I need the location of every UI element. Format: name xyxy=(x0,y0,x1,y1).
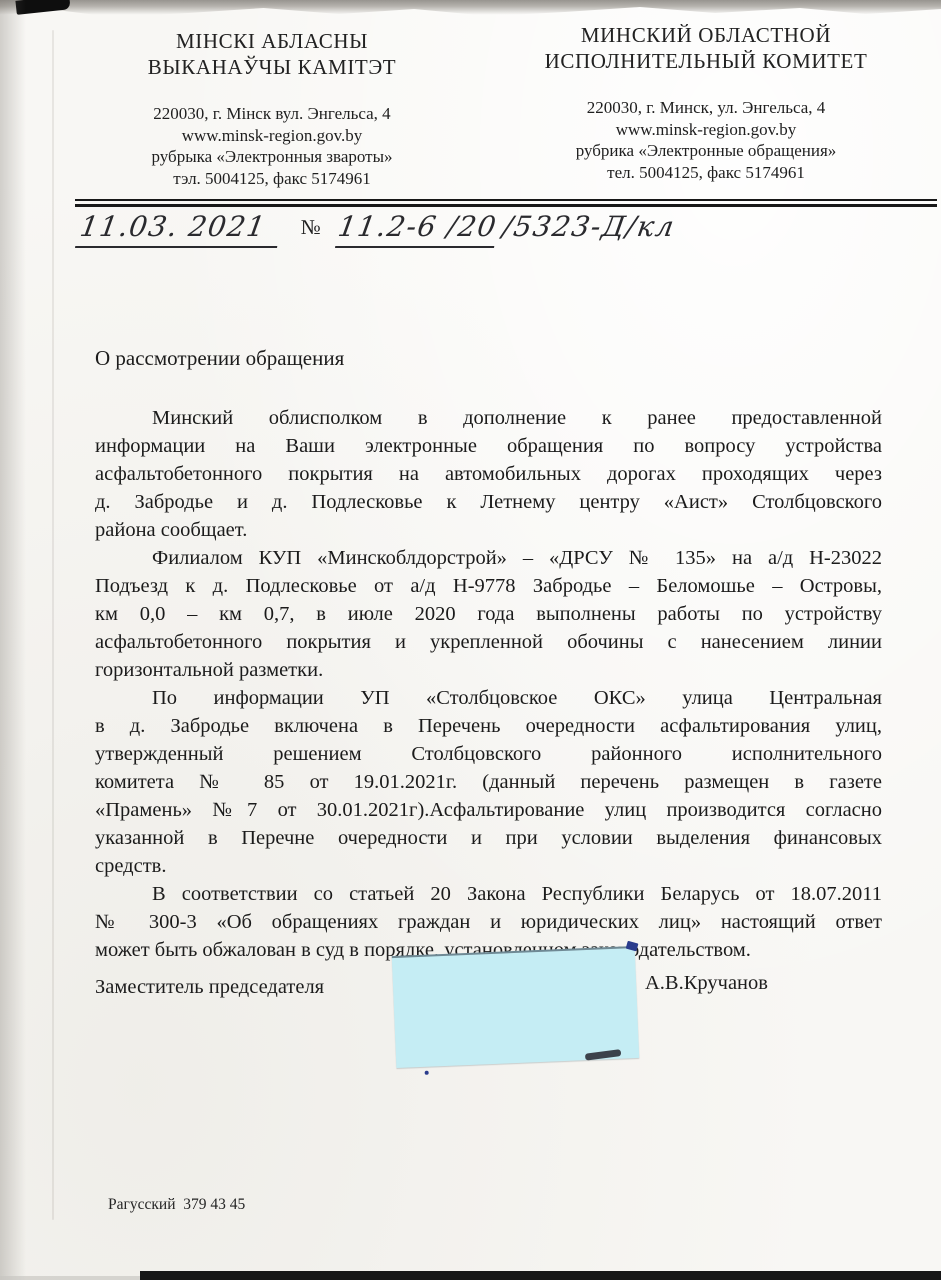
body-line: Минский облисполком в дополнение к ранее… xyxy=(95,404,882,432)
scan-bottom-edge-artifact xyxy=(140,1271,941,1280)
body-line: По информации УП «Столбцовское ОКС» улиц… xyxy=(95,684,882,712)
body-line: средств. xyxy=(95,852,882,880)
number-sign: № xyxy=(301,215,321,240)
letterhead-divider-rule xyxy=(75,199,937,207)
handwritten-number-rest: /5323-Д/кл xyxy=(501,210,678,243)
handwritten-date: 11.03. 2021 xyxy=(75,210,283,248)
org-name-by-line1: МІНСКІ АБЛАСНЫ xyxy=(92,28,452,54)
signature-redaction-box xyxy=(392,946,639,1068)
body-line: указанной в Перечне очередности и при ус… xyxy=(95,824,882,852)
org-rubric-ru: рубрика «Электронные обращения» xyxy=(488,140,924,162)
org-website-by: www.minsk-region.gov.by xyxy=(92,125,452,147)
org-name-ru-line1: МИНСКИЙ ОБЛАСТНОЙ xyxy=(488,22,924,48)
handwritten-number-underlined: 11.2-6 /20 xyxy=(335,210,500,248)
scan-left-streak xyxy=(52,30,54,1220)
org-name-by: МІНСКІ АБЛАСНЫ ВЫКАНАЎЧЫ КАМІТЭТ xyxy=(92,28,452,80)
org-rubric-by: рубрыка «Электронныя звароты» xyxy=(92,146,452,168)
body-line: горизонтальной разметки. xyxy=(95,656,882,684)
body-line: № 300-3 «Об обращениях граждан и юридиче… xyxy=(95,908,882,936)
subject-line: О рассмотрении обращения xyxy=(95,346,344,371)
ink-smudge-bottom xyxy=(585,1049,622,1061)
org-phone-ru: тел. 5004125, факс 5174961 xyxy=(488,162,924,184)
scanned-letter-page: МІНСКІ АБЛАСНЫ ВЫКАНАЎЧЫ КАМІТЭТ 220030,… xyxy=(0,0,941,1280)
body-line: комитета № 85 от 19.01.2021г. (данный пе… xyxy=(95,768,882,796)
org-name-by-line2: ВЫКАНАЎЧЫ КАМІТЭТ xyxy=(92,54,452,80)
org-name-ru-line2: ИСПОЛНИТЕЛЬНЫЙ КОМИТЕТ xyxy=(488,48,924,74)
body-line: асфальтобетонного покрытия на автомобиль… xyxy=(95,460,882,488)
body-line: утвержденный решением Столбцовского райо… xyxy=(95,740,882,768)
ink-mark-top-right xyxy=(626,941,639,952)
scan-bottom-edge-left xyxy=(0,1276,142,1280)
body-line: в д. Забродье включена в Перечень очеред… xyxy=(95,712,882,740)
reference-line: 11.03. 2021 № 11.2-6 /20 /5323-Д/кл xyxy=(78,210,675,248)
org-address-by-street: 220030, г. Мінск вул. Энгельса, 4 xyxy=(92,103,452,125)
signature-name: А.В.Кручанов xyxy=(645,972,768,995)
body-line: Подъезд к д. Подлесковье от а/д Н-9778 З… xyxy=(95,572,882,600)
body-line: Филиалом КУП «Минскоблдорстрой» – «ДРСУ … xyxy=(95,544,882,572)
body-line: В соответствии со статьей 20 Закона Респ… xyxy=(95,880,882,908)
org-address-ru: 220030, г. Минск, ул. Энгельса, 4 www.mi… xyxy=(488,97,924,183)
org-website-ru: www.minsk-region.gov.by xyxy=(488,119,924,141)
letter-body: Минский облисполком в дополнение к ранее… xyxy=(95,404,882,964)
org-name-ru: МИНСКИЙ ОБЛАСТНОЙ ИСПОЛНИТЕЛЬНЫЙ КОМИТЕТ xyxy=(488,22,924,74)
body-line: д. Забродье и д. Подлесковье к Летнему ц… xyxy=(95,488,882,516)
body-line: информации на Ваши электронные обращения… xyxy=(95,432,882,460)
org-address-ru-street: 220030, г. Минск, ул. Энгельса, 4 xyxy=(488,97,924,119)
ink-dot xyxy=(425,1071,429,1075)
body-line: «Прамень» №7 от 30.01.2021г).Асфальтиров… xyxy=(95,796,882,824)
body-line: асфальтобетонного покрытия и укрепленной… xyxy=(95,628,882,656)
body-line: района сообщает. xyxy=(95,516,882,544)
scan-top-edge-artifact xyxy=(0,0,941,18)
scan-left-shadow xyxy=(0,0,26,1280)
letterhead-russian: МИНСКИЙ ОБЛАСТНОЙ ИСПОЛНИТЕЛЬНЫЙ КОМИТЕТ… xyxy=(488,22,924,183)
body-line: км 0,0 – км 0,7, в июле 2020 года выполн… xyxy=(95,600,882,628)
letterhead-belarusian: МІНСКІ АБЛАСНЫ ВЫКАНАЎЧЫ КАМІТЭТ 220030,… xyxy=(92,28,452,189)
footer-contact: Рагусский 379 43 45 xyxy=(108,1196,245,1214)
org-address-by: 220030, г. Мінск вул. Энгельса, 4 www.mi… xyxy=(92,103,452,189)
org-phone-by: тэл. 5004125, факс 5174961 xyxy=(92,168,452,190)
signature-title: Заместитель председателя xyxy=(95,976,324,999)
